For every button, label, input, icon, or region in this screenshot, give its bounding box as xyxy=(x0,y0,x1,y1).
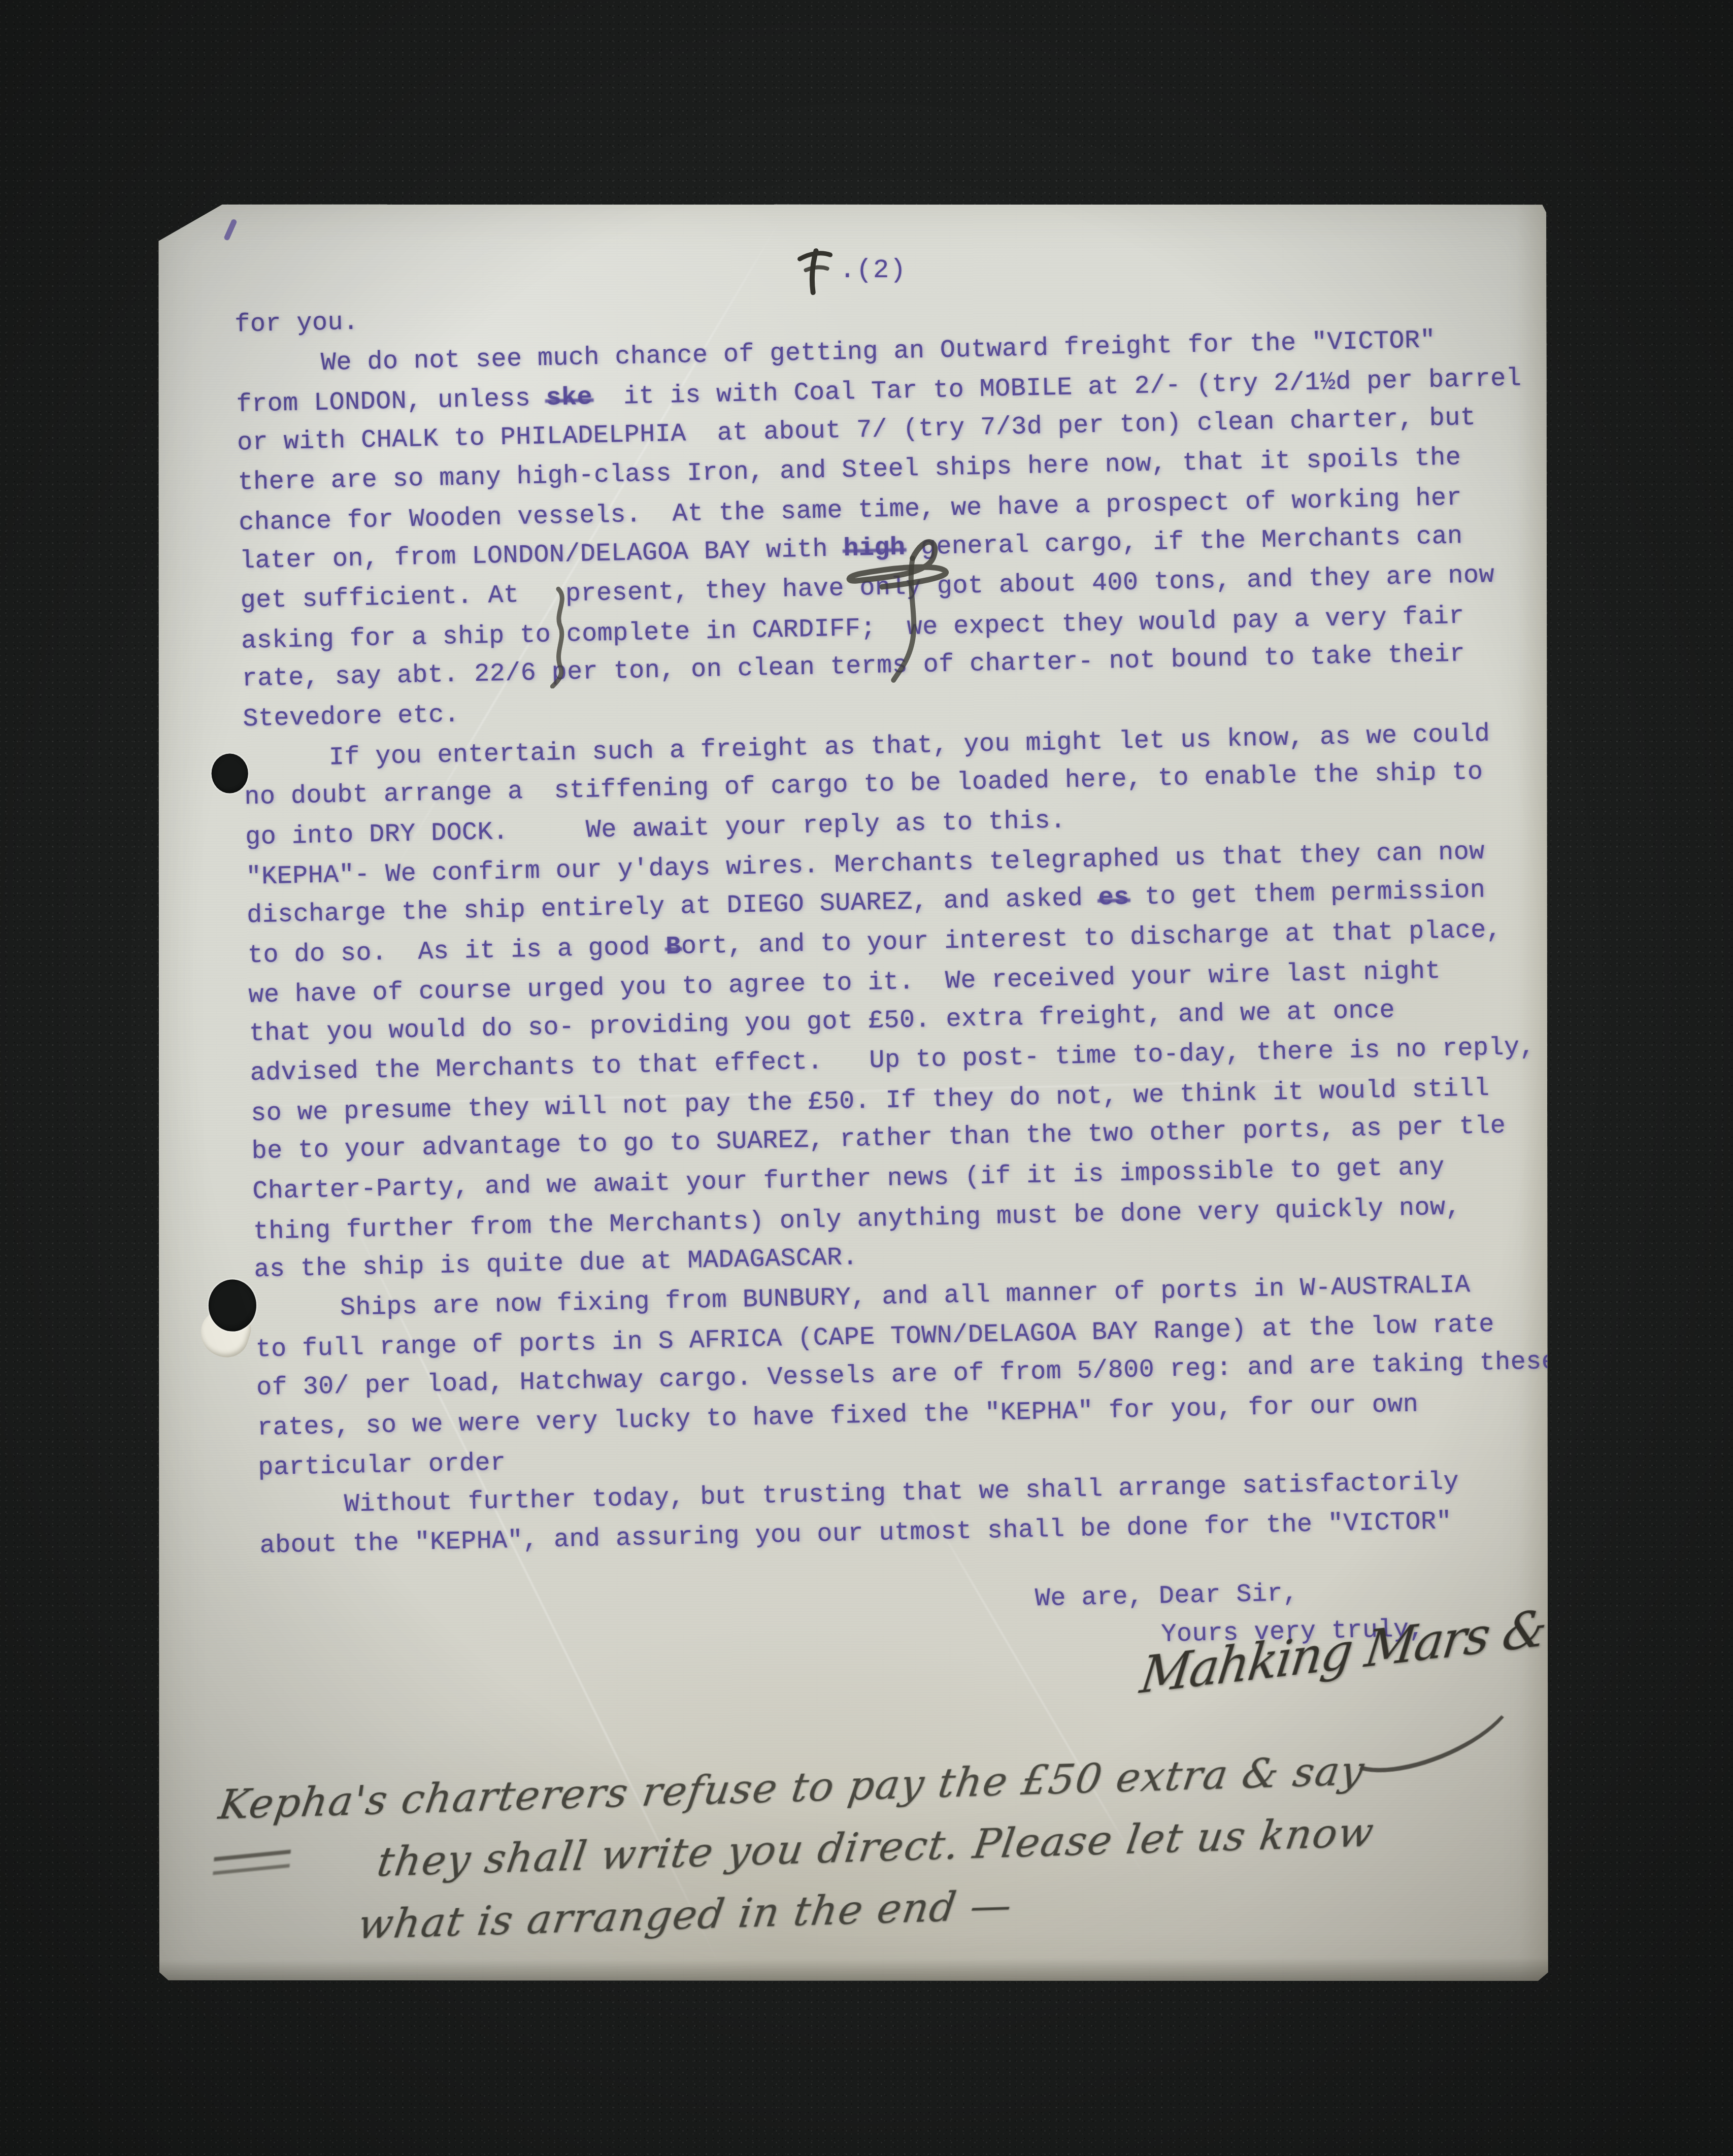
pencil-strike-icon xyxy=(532,582,578,688)
pencil-postscript: Kepha's charterers refuse to pay the £50… xyxy=(196,1735,1543,1961)
page-number: .(2) xyxy=(837,248,907,293)
letter-paper: .(2) for you.We do not see much chance o… xyxy=(155,202,1550,1984)
pencil-underline xyxy=(213,1850,291,1875)
pen-check-mark-icon xyxy=(793,248,837,298)
typed-letter-body: for you.We do not see much chance of get… xyxy=(235,279,1592,1673)
punch-hole xyxy=(209,1279,256,1331)
scanned-letter-photo: { "document_type": "typewritten business… xyxy=(0,0,1733,2156)
page-header: .(2) xyxy=(793,248,907,298)
pencil-scribble-icon xyxy=(837,528,964,691)
punch-hole xyxy=(212,753,248,793)
ink-speck xyxy=(223,218,238,241)
